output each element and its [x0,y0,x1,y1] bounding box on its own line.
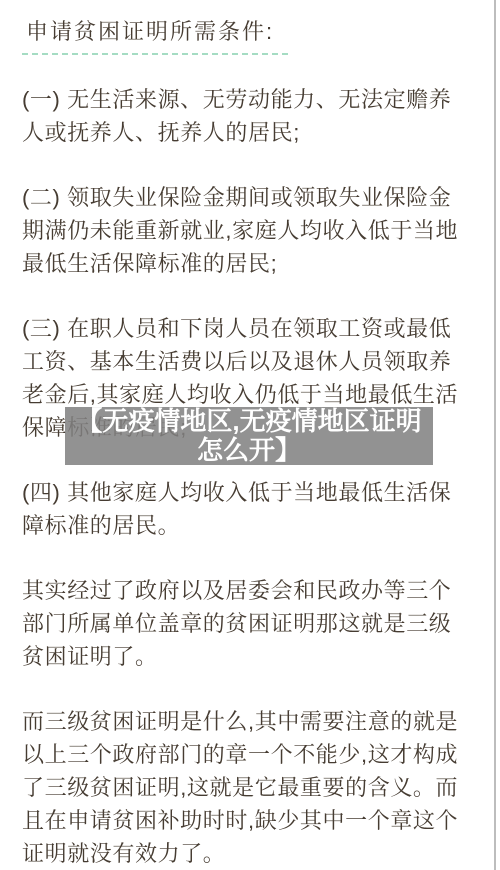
paragraph-condition-1: (一) 无生活来源、无劳动能力、无法定赡养人或抚养人、抚养人的居民; [22,83,472,149]
watermark-banner: 【无疫情地区,无疫情地区证明怎么开】 [65,407,433,465]
page-title: 申请贫困证明所需条件: [22,13,288,55]
paragraph-explanation-1: 其实经过了政府以及居委会和民政办等三个部门所属单位盖章的贫困证明那这就是三级贫困… [22,574,472,673]
paragraph-condition-2: (二) 领取失业保险金期间或领取失业保险金期满仍未能重新就业,家庭人均收入低于当… [22,181,472,280]
paragraph-condition-4: (四) 其他家庭人均收入低于当地最低生活保障标准的居民。 [22,476,472,542]
page-edge-line [494,0,496,870]
article-page: 申请贫困证明所需条件: (一) 无生活来源、无劳动能力、无法定赡养人或抚养人、抚… [0,0,500,870]
paragraph-explanation-2: 而三级贫困证明是什么,其中需要注意的就是以上三个政府部门的章一个不能少,这才构成… [22,705,472,870]
watermark-text: 【无疫情地区,无疫情地区证明怎么开】 [71,407,427,465]
